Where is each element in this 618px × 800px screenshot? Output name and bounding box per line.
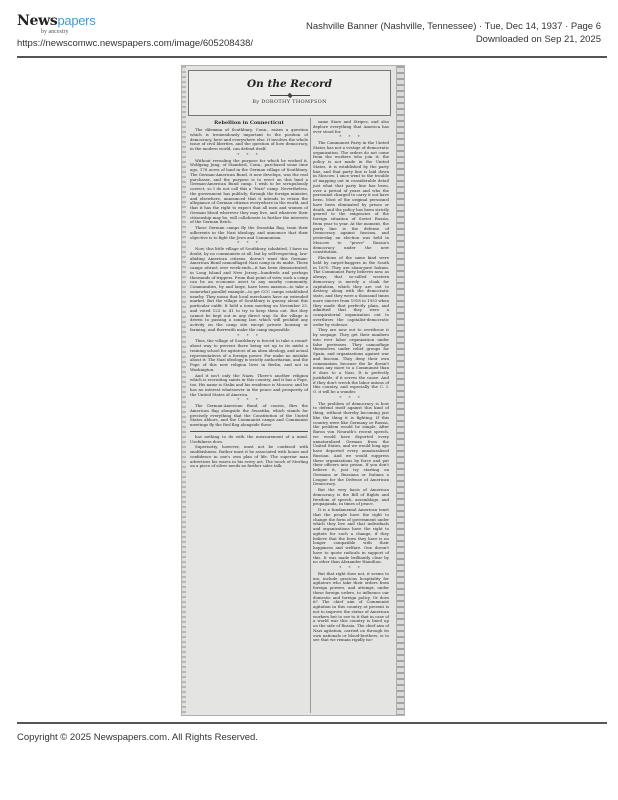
headline: On the Record: [189, 78, 390, 90]
header-divider: [17, 56, 607, 58]
footer-divider: [17, 722, 607, 724]
paragraph: They are now out to overthrow it by seep…: [313, 328, 389, 395]
ancestry-subbrand: by ancestry: [41, 29, 95, 35]
byline: By DOROTHY THOMPSON: [189, 99, 390, 105]
newspapers-logo[interactable]: Newspapers by ancestry: [17, 14, 95, 35]
section-break: * * *: [190, 153, 308, 158]
paragraph: It is a fundamental American tenet that …: [313, 508, 389, 565]
logo-main-text: News: [17, 13, 57, 29]
headline-box: On the Record By DOROTHY THOMPSON: [188, 70, 391, 116]
download-date: Downloaded on Sep 21, 2025: [306, 33, 601, 46]
publication-meta: Nashville Banner (Nashville, Tennessee) …: [306, 20, 601, 46]
image-url[interactable]: https://newscomwc.newspapers.com/image/6…: [17, 38, 253, 49]
page-header: Newspapers by ancestry https://newscomwc…: [0, 0, 618, 60]
paragraph: Thus, the village of Southbury is forced…: [190, 339, 308, 372]
section-rule: [190, 431, 308, 432]
ornament-divider: [270, 95, 310, 96]
paragraph: But that right does not, it seems to me,…: [313, 572, 389, 643]
article-column-left: Rebellion in ConnecticutThe dilemma of S…: [190, 120, 308, 470]
paragraph: And it isn't only the Nazis. There's ano…: [190, 374, 308, 398]
paragraph: The Communist Party in the United States…: [313, 141, 389, 255]
article-column-right: same Stars and Stripes, and also deplore…: [313, 120, 389, 644]
paragraph: Superiority, however, must not be confus…: [190, 445, 308, 469]
publication-info: Nashville Banner (Nashville, Tennessee) …: [306, 20, 601, 33]
paragraph: But the very basis of American democracy…: [313, 488, 389, 507]
newspaper-clipping: On the Record By DOROTHY THOMPSON Rebell…: [181, 65, 405, 716]
paragraph: These German camps fly the Swastika flag…: [190, 226, 308, 240]
adjacent-column-right: [396, 66, 404, 715]
paragraph: The dilemma of Southbury, Conn., raises …: [190, 128, 308, 152]
paragraph: same Stars and Stripes, and also deplore…: [313, 120, 389, 134]
adjacent-column-left: [182, 66, 186, 715]
paragraph: The German-American Bund, of course, fli…: [190, 404, 308, 428]
column-divider: [310, 118, 311, 713]
logo-light-text: papers: [57, 13, 95, 28]
paragraph: Elections of the same kind were held by …: [313, 256, 389, 327]
paragraph: has nothing to do with the measurement o…: [190, 435, 308, 445]
paragraph: The problem of democracy is how to defen…: [313, 402, 389, 488]
section-break: * * *: [313, 396, 389, 401]
paragraph: Without revealing the purpose for which …: [190, 159, 308, 226]
subheading: Rebellion in Connecticut: [190, 120, 308, 127]
paragraph: Now, this little village of Southbury, i…: [190, 247, 308, 333]
copyright-notice: Copyright © 2025 Newspapers.com. All Rig…: [17, 732, 258, 743]
